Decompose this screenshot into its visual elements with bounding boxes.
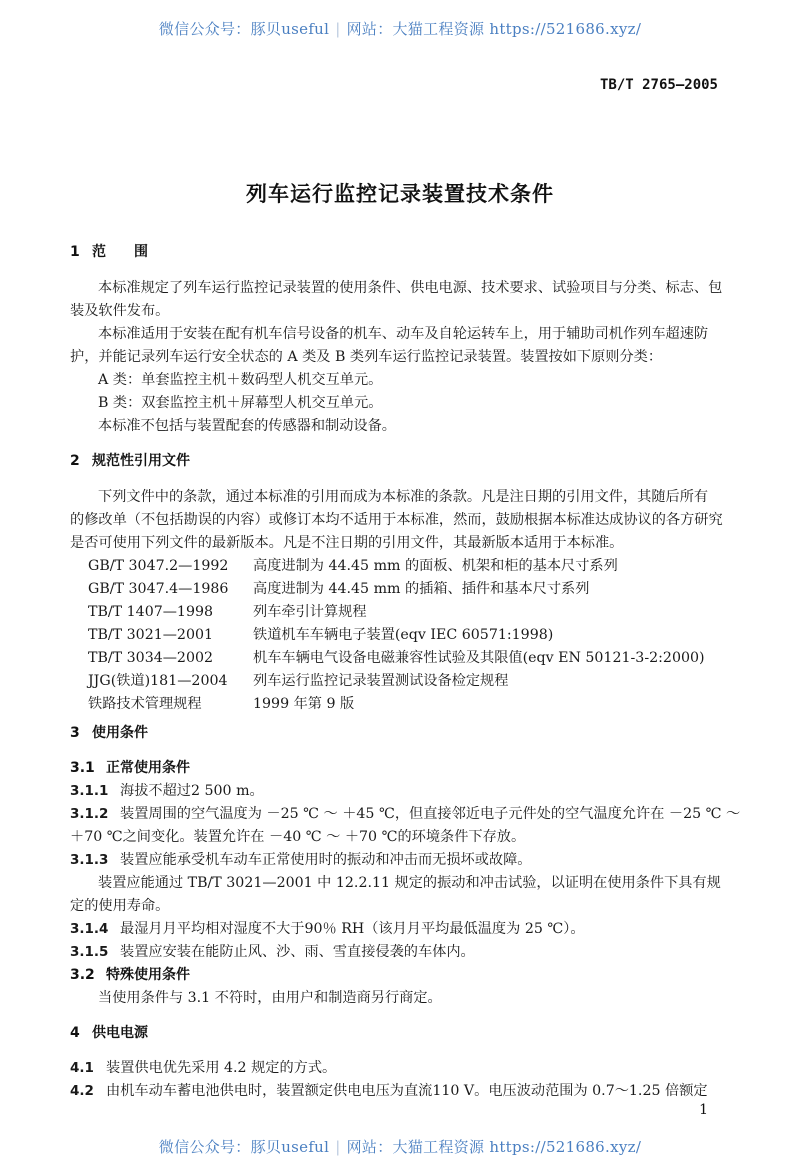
section-2-heading: 2规范性引用文件 (70, 450, 190, 470)
watermark-bottom: 微信公众号：豚贝useful|网站：大猫工程资源 https://521686.… (0, 1136, 800, 1157)
section-1-heading: 1范 围 (70, 241, 148, 261)
reference-row: GB/T 3047.4—1986高度进制为 44.45 mm 的插箱、插件和基本… (88, 578, 589, 598)
subsection-number: 3.2 (70, 967, 106, 983)
reference-code: 铁路技术管理规程 (88, 693, 253, 713)
reference-title: 高度进制为 44.45 mm 的面板、机架和柜的基本尺寸系列 (253, 558, 618, 574)
paragraph-line: 装及软件发布。 (70, 300, 169, 320)
paragraph-line: 护，并能记录列车运行安全状态的 A 类及 B 类列车运行监控记录装置。装置按如下… (70, 346, 662, 366)
clause-text: 装置供电优先采用 4.2 规定的方式。 (106, 1060, 336, 1076)
reference-title: 列车运行监控记录装置测试设备检定规程 (253, 673, 508, 689)
reference-row: TB/T 3034—2002机车车辆电气设备电磁兼容性试验及其限值(eqv EN… (88, 647, 705, 667)
watermark-top: 微信公众号：豚贝useful|网站：大猫工程资源 https://521686.… (0, 18, 800, 39)
paragraph-line: 的修改单（不包括勘误的内容）或修订本均不适用于本标准，然而，鼓励根据本标准达成协… (70, 509, 723, 529)
clause-number: 3.1.4 (70, 921, 120, 937)
standard-code: TB/T 2765—2005 (600, 77, 718, 93)
subsection-title: 特殊使用条件 (106, 967, 190, 983)
subsection-title: 正常使用条件 (106, 760, 190, 776)
reference-title: 列车牵引计算规程 (253, 604, 367, 620)
clause-number: 3.1.5 (70, 944, 120, 960)
reference-title: 1999 年第 9 版 (253, 696, 354, 712)
reference-code: GB/T 3047.2—1992 (88, 558, 253, 574)
clause-text: 最湿月月平均相对湿度不大于90％ RH（该月月平均最低温度为 25 ℃）。 (120, 921, 585, 937)
clause-3-1-5: 3.1.5装置应安装在能防止风、沙、雨、雪直接侵袭的车体内。 (70, 941, 475, 961)
clause-3-1-4: 3.1.4最湿月月平均相对湿度不大于90％ RH（该月月平均最低温度为 25 ℃… (70, 918, 585, 938)
reference-row: TB/T 3021—2001铁道机车车辆电子装置(eqv IEC 60571:1… (88, 624, 553, 644)
clause-3-1-1: 3.1.1海拔不超过2 500 m。 (70, 780, 264, 800)
reference-code: JJG(铁道)181—2004 (88, 670, 253, 690)
section-title: 供电电源 (92, 1025, 148, 1041)
clause-text: 装置应安装在能防止风、沙、雨、雪直接侵袭的车体内。 (120, 944, 475, 960)
paragraph-line: 定的使用寿命。 (70, 895, 169, 915)
clause-3-1-3: 3.1.3装置应能承受机车动车正常使用时的振动和冲击而无损坏或故障。 (70, 849, 531, 869)
clause-text: 装置周围的空气温度为 －25 ℃ ～ ＋45 ℃，但直接邻近电子元件处的空气温度… (120, 806, 740, 822)
clause-text: 海拔不超过2 500 m。 (120, 783, 264, 799)
subsection-number: 3.1 (70, 760, 106, 776)
reference-title: 铁道机车车辆电子装置(eqv IEC 60571:1998) (253, 627, 553, 643)
reference-title: 高度进制为 44.45 mm 的插箱、插件和基本尺寸系列 (253, 581, 589, 597)
document-title: 列车运行监控记录装置技术条件 (0, 178, 800, 208)
clause-number: 3.1.3 (70, 852, 120, 868)
section-3-heading: 3使用条件 (70, 722, 148, 742)
reference-row: GB/T 3047.2—1992高度进制为 44.45 mm 的面板、机架和柜的… (88, 555, 618, 575)
paragraph-line: 本标准适用于安装在配有机车信号设备的机车、动车及自轮运转车上，用于辅助司机作列车… (98, 323, 708, 343)
clause-number: 3.1.2 (70, 806, 120, 822)
watermark-wechat: 微信公众号：豚贝useful (159, 20, 329, 38)
clause-number: 3.1.1 (70, 783, 120, 799)
reference-code: GB/T 3047.4—1986 (88, 581, 253, 597)
reference-row: TB/T 1407—1998列车牵引计算规程 (88, 601, 367, 621)
section-title: 范 围 (92, 244, 148, 260)
watermark-site: 网站：大猫工程资源 https://521686.xyz/ (347, 1138, 642, 1156)
subsection-3-1-heading: 3.1正常使用条件 (70, 757, 190, 777)
watermark-separator: | (335, 1138, 340, 1156)
reference-row: JJG(铁道)181—2004列车运行监控记录装置测试设备检定规程 (88, 670, 508, 690)
paragraph-line: 本标准规定了列车运行监控记录装置的使用条件、供电电源、技术要求、试验项目与分类、… (98, 277, 722, 297)
page-number: 1 (699, 1102, 708, 1118)
paragraph-line: 当使用条件与 3.1 不符时，由用户和制造商另行商定。 (98, 987, 442, 1007)
watermark-separator: | (335, 20, 340, 38)
clause-4-2: 4.2由机车动车蓄电池供电时，装置额定供电电压为直流110 V。电压波动范围为 … (70, 1080, 708, 1100)
reference-title: 机车车辆电气设备电磁兼容性试验及其限值(eqv EN 50121-3-2:200… (253, 650, 705, 666)
section-title: 规范性引用文件 (92, 453, 190, 469)
reference-code: TB/T 3021—2001 (88, 627, 253, 643)
section-4-heading: 4供电电源 (70, 1022, 148, 1042)
paragraph-line: ＋70 ℃之间变化。装置允许在 －40 ℃ ～ ＋70 ℃的环境条件下存放。 (70, 826, 525, 846)
clause-number: 4.1 (70, 1060, 106, 1076)
section-number: 1 (70, 244, 92, 260)
paragraph-line: 下列文件中的条款，通过本标准的引用而成为本标准的条款。凡是注日期的引用文件，其随… (98, 486, 708, 506)
reference-row: 铁路技术管理规程1999 年第 9 版 (88, 693, 354, 713)
section-number: 2 (70, 453, 92, 469)
clause-text: 装置应能承受机车动车正常使用时的振动和冲击而无损坏或故障。 (120, 852, 531, 868)
paragraph-line: 装置应能通过 TB/T 3021—2001 中 12.2.11 规定的振动和冲击… (98, 872, 721, 892)
subsection-3-2-heading: 3.2特殊使用条件 (70, 964, 190, 984)
section-title: 使用条件 (92, 725, 148, 741)
clause-text: 由机车动车蓄电池供电时，装置额定供电电压为直流110 V。电压波动范围为 0.7… (106, 1083, 708, 1099)
reference-code: TB/T 3034—2002 (88, 650, 253, 666)
section-number: 4 (70, 1025, 92, 1041)
section-number: 3 (70, 725, 92, 741)
paragraph-line: 本标准不包括与装置配套的传感器和制动设备。 (98, 415, 396, 435)
paragraph-line: 是否可使用下列文件的最新版本。凡是不注日期的引用文件，其最新版本适用于本标准。 (70, 532, 623, 552)
watermark-wechat: 微信公众号：豚贝useful (159, 1138, 329, 1156)
class-b-line: B 类：双套监控主机＋屏幕型人机交互单元。 (98, 392, 383, 412)
watermark-site: 网站：大猫工程资源 https://521686.xyz/ (347, 20, 642, 38)
clause-number: 4.2 (70, 1083, 106, 1099)
clause-4-1: 4.1装置供电优先采用 4.2 规定的方式。 (70, 1057, 336, 1077)
reference-code: TB/T 1407—1998 (88, 604, 253, 620)
clause-3-1-2: 3.1.2装置周围的空气温度为 －25 ℃ ～ ＋45 ℃，但直接邻近电子元件处… (70, 803, 740, 823)
class-a-line: A 类：单套监控主机＋数码型人机交互单元。 (98, 369, 382, 389)
